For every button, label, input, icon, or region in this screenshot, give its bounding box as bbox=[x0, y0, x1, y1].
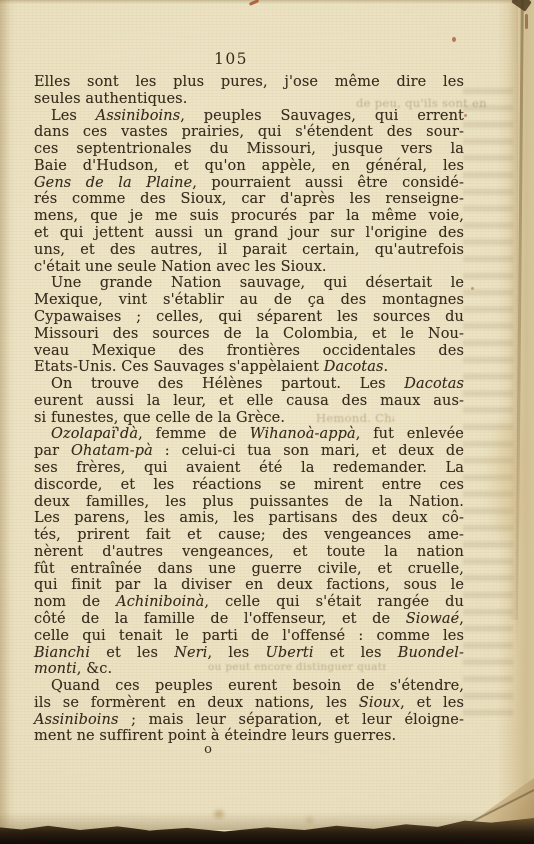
paragraph: Quand ces peuples eurent besoin de s'éte… bbox=[34, 678, 464, 745]
speck bbox=[471, 287, 474, 290]
text-line: Assiniboins ; mais leur séparation, et l… bbox=[34, 712, 464, 729]
text-line: ment ne suffirent point à éteindre leurs… bbox=[34, 728, 464, 745]
text-line: qui finit par la diviser en deux faction… bbox=[34, 577, 464, 594]
text-line: On trouve des Hélènes partout. Les Dacot… bbox=[34, 376, 464, 393]
text-line: Ozolapaï'dà, femme de Wihanoà-appà, fut … bbox=[34, 426, 464, 443]
speck bbox=[464, 114, 467, 117]
left-edge-shadow bbox=[0, 0, 10, 844]
text-line: et qui jettent aussi un grand jour sur l… bbox=[34, 225, 464, 242]
book-page-scan: { "colors": {"paper": "#e9dfbe", "ink": … bbox=[0, 0, 534, 844]
paragraph: Ozolapaï'dà, femme de Wihanoà-appà, fut … bbox=[34, 426, 464, 678]
text-line: Etats-Unis. Ces Sauvages s'appèlaient Da… bbox=[34, 359, 464, 376]
show-through-text: Hemond. Chac bbox=[316, 411, 394, 425]
text-line: si funestes, que celle de la Grèce. bbox=[34, 410, 464, 427]
text-line: Les Assiniboins, peuples Sauvages, qui e… bbox=[34, 108, 464, 125]
text-line: mens, que je me suis procurés par la mêm… bbox=[34, 208, 464, 225]
text-line: Les parens, les amis, les partisans des … bbox=[34, 510, 464, 527]
show-through-column bbox=[463, 88, 513, 724]
text-line: côté de la famille de l'offenseur, et de… bbox=[34, 611, 464, 628]
text-line: nom de Achiniboinà, celle qui s'était ra… bbox=[34, 594, 464, 611]
show-through-text: ou peut encore distinguer quatre langues bbox=[208, 661, 386, 673]
text-line: Mexique, vint s'établir au de ça des mon… bbox=[34, 292, 464, 309]
text-line: deux familles, les plus puissantes de la… bbox=[34, 494, 464, 511]
text-line: Cypawaises ; celles, qui séparent les so… bbox=[34, 309, 464, 326]
text-line: Baie d'Hudson, et qu'on appèle, en génér… bbox=[34, 158, 464, 175]
text-line: nèrent d'autres vengeances, et toute la … bbox=[34, 544, 464, 561]
text-line: par Ohatam-pà : celui-ci tua son mari, e… bbox=[34, 443, 464, 460]
text-line: Quand ces peuples eurent besoin de s'éte… bbox=[34, 678, 464, 695]
text-line: Missouri des sources de la Colombia, et … bbox=[34, 326, 464, 343]
text-line: ces septentrionales du Missouri, jusque … bbox=[34, 141, 464, 158]
text-line: Gens de la Plaine, pourraient aussi être… bbox=[34, 175, 464, 192]
text-line: ils se formèrent en deux nations, les Si… bbox=[34, 695, 464, 712]
text-line: discorde, et les réactions se mirent ent… bbox=[34, 477, 464, 494]
text-line: rés comme des Sioux, car d'après les ren… bbox=[34, 191, 464, 208]
text-line: veau Mexique des frontières occidentales… bbox=[34, 343, 464, 360]
page-number: 105 bbox=[34, 50, 428, 68]
top-edge-shadow bbox=[0, 0, 534, 4]
text-line: Bianchi et les Neri, les Uberti et les B… bbox=[34, 645, 464, 662]
text-line: tés, prirent fait et cause; des vengeanc… bbox=[34, 527, 464, 544]
red-speck bbox=[452, 37, 456, 42]
paragraph: On trouve des Hélènes partout. Les Dacot… bbox=[34, 376, 464, 426]
text-column: Elles sont les plus pures, j'ose même di… bbox=[34, 74, 464, 745]
paragraph: Les Assiniboins, peuples Sauvages, qui e… bbox=[34, 108, 464, 276]
text-line: Une grande Nation sauvage, qui désertait… bbox=[34, 275, 464, 292]
text-line: Elles sont les plus pures, j'ose même di… bbox=[34, 74, 464, 91]
text-line: ses frères, qui avaient été la redemande… bbox=[34, 460, 464, 477]
text-line: eurent aussi la leur, et elle causa des … bbox=[34, 393, 464, 410]
text-line: fût entraînée dans une guerre civile, et… bbox=[34, 561, 464, 578]
text-line: uns, et des autres, il parait certain, q… bbox=[34, 242, 464, 259]
signature-mark: o bbox=[201, 742, 215, 757]
text-line: c'était une seule Nation avec les Sioux. bbox=[34, 259, 464, 276]
show-through-text: de peu, qu'ils sont en p bbox=[356, 96, 488, 110]
text-line: celle qui tenait le parti de l'offensé :… bbox=[34, 628, 464, 645]
paragraph: Une grande Nation sauvage, qui désertait… bbox=[34, 275, 464, 376]
text-line: dans ces vastes prairies, qui s'étendent… bbox=[34, 124, 464, 141]
